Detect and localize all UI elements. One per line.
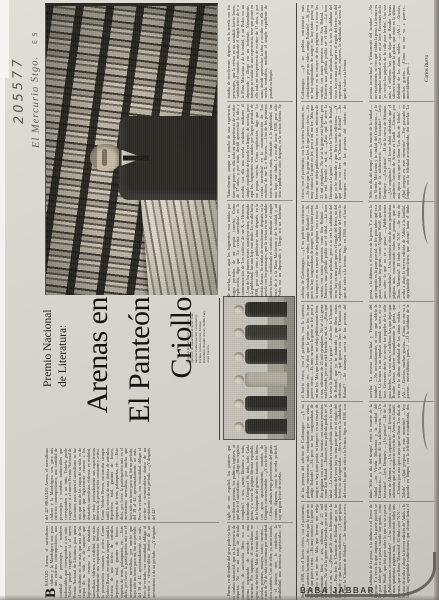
person-body: [245, 396, 287, 411]
scan-corner-highlight: [0, 0, 9, 78]
page-curl-mark: [422, 182, 436, 244]
person-body: [245, 349, 287, 364]
group-photo-person: [234, 370, 290, 390]
kicker-line-1: Premio Nacional: [41, 295, 56, 387]
handwritten-catalog-number: 205577: [10, 44, 27, 124]
rule-above-group-photo: [219, 298, 220, 440]
group-photo-person: [234, 393, 290, 413]
kicker-line-2: de Literatura:: [56, 295, 71, 387]
headline-line-2: El Panteón: [119, 297, 161, 454]
person-head: [234, 399, 244, 408]
article-intro-columns: BRAULIO Arenas, el surrealismo chileno y…: [45, 448, 219, 598]
byline: Carlos Iturra: [425, 55, 430, 155]
handwritten-source-note: El Mercurio Stgo.: [29, 38, 42, 148]
group-photo-mandragora: [223, 296, 295, 440]
page-curl-mark: [422, 392, 436, 450]
group-photo-person: [234, 299, 290, 319]
group-photo-person: [234, 346, 290, 366]
page-mark: E 5: [32, 14, 39, 44]
person-body: [245, 372, 287, 387]
person-body: [245, 420, 287, 435]
kicker: Premio Nacional de Literatura:: [41, 295, 71, 387]
rotated-page-content: 205577 El Mercurio Stgo. E 5 Premio Naci…: [5, 0, 438, 600]
person-head: [234, 305, 244, 314]
section-rule: [296, 3, 297, 600]
person-body: [245, 302, 287, 317]
headline-line-1: Arenas en: [77, 297, 119, 454]
adjacent-page-fragment: BABA JABBAR: [300, 586, 439, 595]
person-head: [234, 328, 244, 337]
main-photo-braulio-arenas-library: [45, 3, 218, 295]
headline: Arenas en El Panteón Criollo: [77, 297, 203, 454]
person-head: [234, 423, 244, 432]
article-lower-band-1: Stgo. en 1938, con el barrio cívico, con…: [301, 5, 363, 598]
article-middle-left-columns: —Bueno, en diciembre del gran poder ya h…: [227, 445, 293, 600]
group-photo-caption: Grupo de la Mandrágora en 1942. Aparecen…: [186, 309, 218, 363]
scan-right-edge-shadow: [434, 0, 439, 600]
group-photo-row: [234, 299, 290, 437]
newspaper-page: 205577 El Mercurio Stgo. E 5 Premio Naci…: [5, 0, 439, 600]
newspaper-scan: 205577 El Mercurio Stgo. E 5 Premio Naci…: [0, 0, 439, 600]
person-body: [245, 325, 287, 340]
person-head: [234, 352, 244, 361]
article-middle-right-columns: de novelas, pero aquí los fragmentos van…: [227, 5, 293, 297]
person-head: [234, 375, 244, 384]
group-photo-person: [234, 323, 290, 343]
group-photo-person: [234, 417, 290, 437]
photo-vignette: [46, 6, 217, 295]
